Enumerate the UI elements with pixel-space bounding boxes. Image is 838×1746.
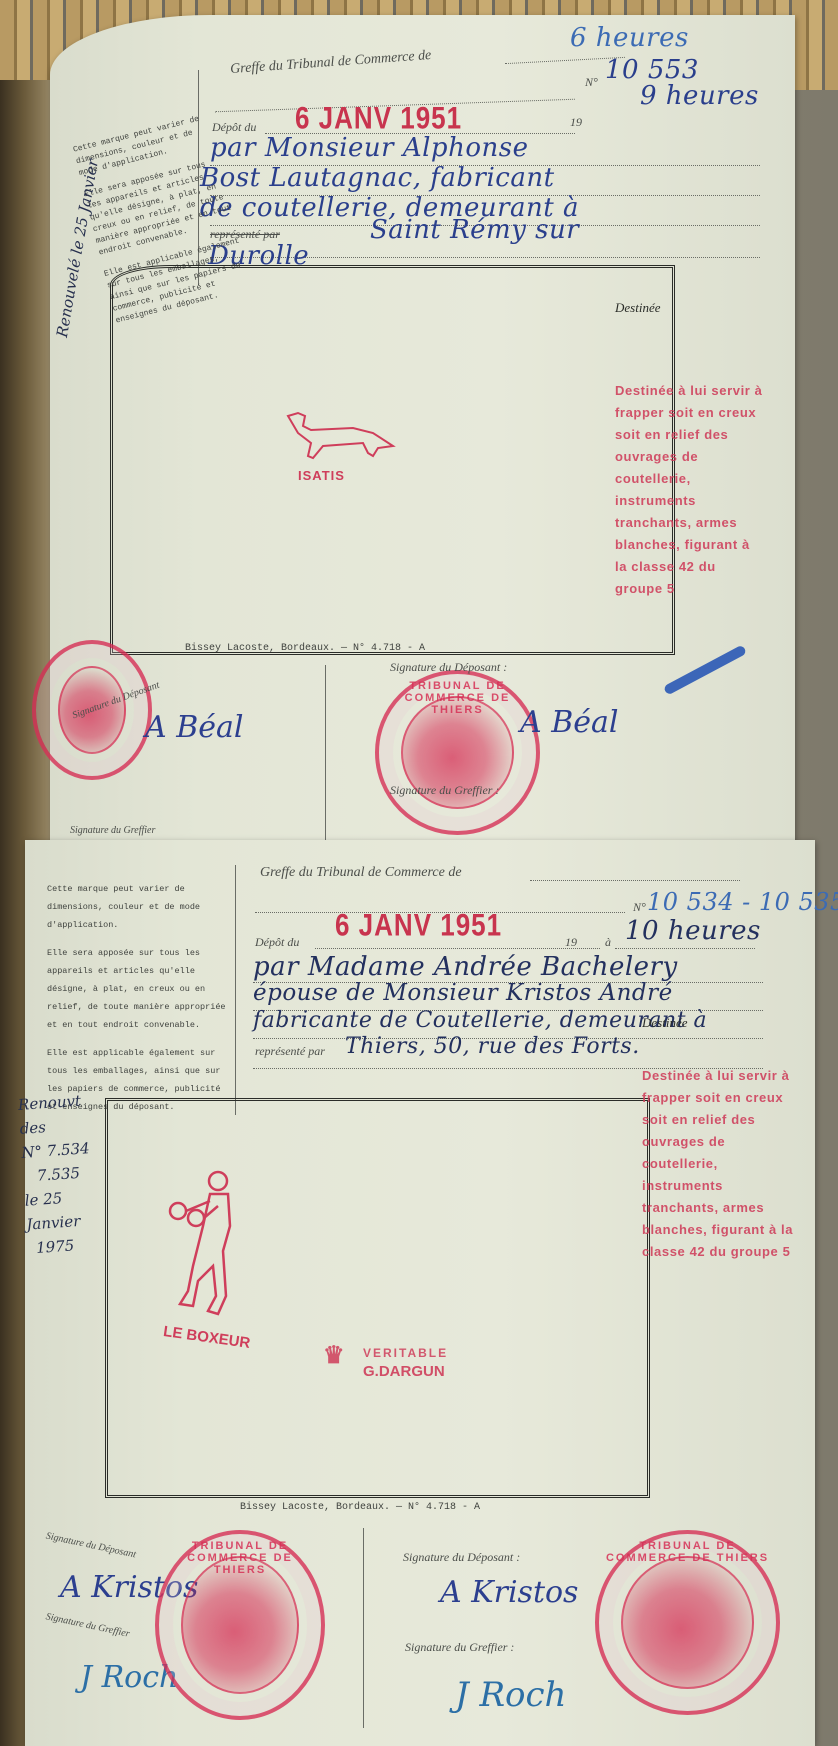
column-divider	[325, 665, 326, 855]
notes-paragraph: Elle sera apposée sur tous les appareils…	[47, 944, 232, 1034]
dotted-line	[530, 880, 740, 881]
printer-imprint: Bissey Lacoste, Bordeaux. — N° 4.718 - A	[185, 643, 425, 654]
secondary-stamp-line-2: G.DARGUN	[363, 1363, 445, 1380]
margin-note-line: 1975	[27, 1231, 108, 1261]
destinee-label: Destinée	[615, 300, 660, 316]
margin-note-line: le 25 Janvier	[24, 1183, 107, 1236]
handwritten-line-2: Bost Lautagnac, fabricant	[200, 163, 555, 193]
signature-deposant-label: Signature du Déposant :	[403, 1550, 520, 1565]
depositor-signature: A Béal	[520, 705, 618, 740]
register-page-2: Greffe du Tribunal de Commerce de N° 10 …	[25, 840, 815, 1746]
number-label: N°	[633, 900, 646, 915]
dotted-line	[315, 948, 600, 949]
fox-mark-icon	[283, 408, 403, 468]
court-seal-right: TRIBUNAL DE COMMERCE DE THIERS	[595, 1530, 780, 1715]
entry-hour: 10 heures	[625, 916, 761, 946]
destination-stamp: Destinée à lui servir à frapper soit en …	[615, 380, 765, 600]
year-prefix-label: 19	[570, 115, 582, 130]
date-stamp: 6 JANV 1951	[295, 100, 462, 137]
signature-greffier-label: Signature du Greffier :	[405, 1640, 514, 1655]
handwritten-line-1: par Monsieur Alphonse	[210, 133, 528, 163]
clerk-signature: J Roch	[455, 1675, 566, 1715]
represente-par-label: représenté par	[255, 1044, 325, 1059]
depositor-signature: A Kristos	[440, 1575, 578, 1610]
mark-specimen-box: ISATIS	[110, 265, 675, 655]
secondary-stamp-line-1: VERITABLE	[363, 1346, 448, 1360]
court-seal-right: TRIBUNAL DE COMMERCE DE THIERS	[375, 670, 540, 835]
handwritten-line-4: Saint Rémy sur	[370, 215, 579, 245]
number-label: N°	[585, 75, 598, 90]
handwritten-line-1: par Madame Andrée Bachelery	[253, 952, 678, 982]
destination-stamp: Destinée à lui servir à frapper soit en …	[642, 1065, 797, 1263]
handwritten-line-4: Thiers, 50, rue des Forts.	[345, 1034, 640, 1059]
mark-name: LE BOXEUR	[162, 1323, 251, 1352]
depositor-signature: A Béal	[145, 710, 243, 745]
column-divider	[235, 865, 236, 1115]
depot-du-label: Dépôt du	[255, 935, 299, 950]
signature-greffier-label: Signature du Greffier	[70, 825, 155, 836]
ink-stroke	[663, 644, 747, 695]
notes-paragraph: Cette marque peut varier de dimensions, …	[47, 880, 232, 934]
signature-greffier-label: Signature du Greffier :	[390, 783, 499, 798]
greffe-label: Greffe du Tribunal de Commerce de	[260, 865, 462, 881]
mark-name: ISATIS	[298, 468, 345, 483]
destinee-label: Destinée	[642, 1015, 687, 1031]
signature-deposant-label: Signature du Déposant :	[390, 660, 507, 675]
renewal-margin-note: Renouvt des N° 7.534 7.535 le 25 Janvier…	[17, 1087, 109, 1260]
register-page-1: Greffe du Tribunal de Commerce de 6 heur…	[50, 15, 795, 855]
at-label: à	[605, 935, 611, 950]
entry-hour: 9 heures	[640, 81, 759, 111]
date-stamp: 6 JANV 1951	[335, 907, 502, 944]
margin-note-line: Renouvt des	[17, 1087, 100, 1140]
mark-specimen-box: LE BOXEUR ♛ VERITABLE G.DARGUN	[105, 1098, 650, 1498]
handwritten-line-3: fabricante de Coutellerie, demeurant à	[253, 1008, 707, 1033]
dotted-line	[615, 948, 755, 949]
year-prefix-label: 19	[565, 935, 577, 950]
signature-deposant-label: Signature du Déposant	[45, 1531, 137, 1561]
margin-note-line: Renouvelé	[53, 257, 85, 338]
boxer-mark-icon	[168, 1166, 258, 1326]
greffe-label: Greffe du Tribunal de Commerce de	[230, 48, 432, 78]
greffe-value-handwritten: 6 heures	[570, 23, 689, 53]
printer-imprint: Bissey Lacoste, Bordeaux. — N° 4.718 - A	[240, 1502, 480, 1513]
handwritten-line-2: épouse de Monsieur Kristos André	[253, 980, 673, 1006]
court-seal-left: TRIBUNAL DE COMMERCE DE THIERS	[155, 1530, 325, 1720]
signature-greffier-label: Signature du Greffier	[45, 1611, 131, 1640]
entry-number: 10 534 - 10 535	[647, 888, 838, 916]
crown-logo-icon: ♛	[323, 1341, 345, 1370]
column-divider	[363, 1528, 364, 1728]
